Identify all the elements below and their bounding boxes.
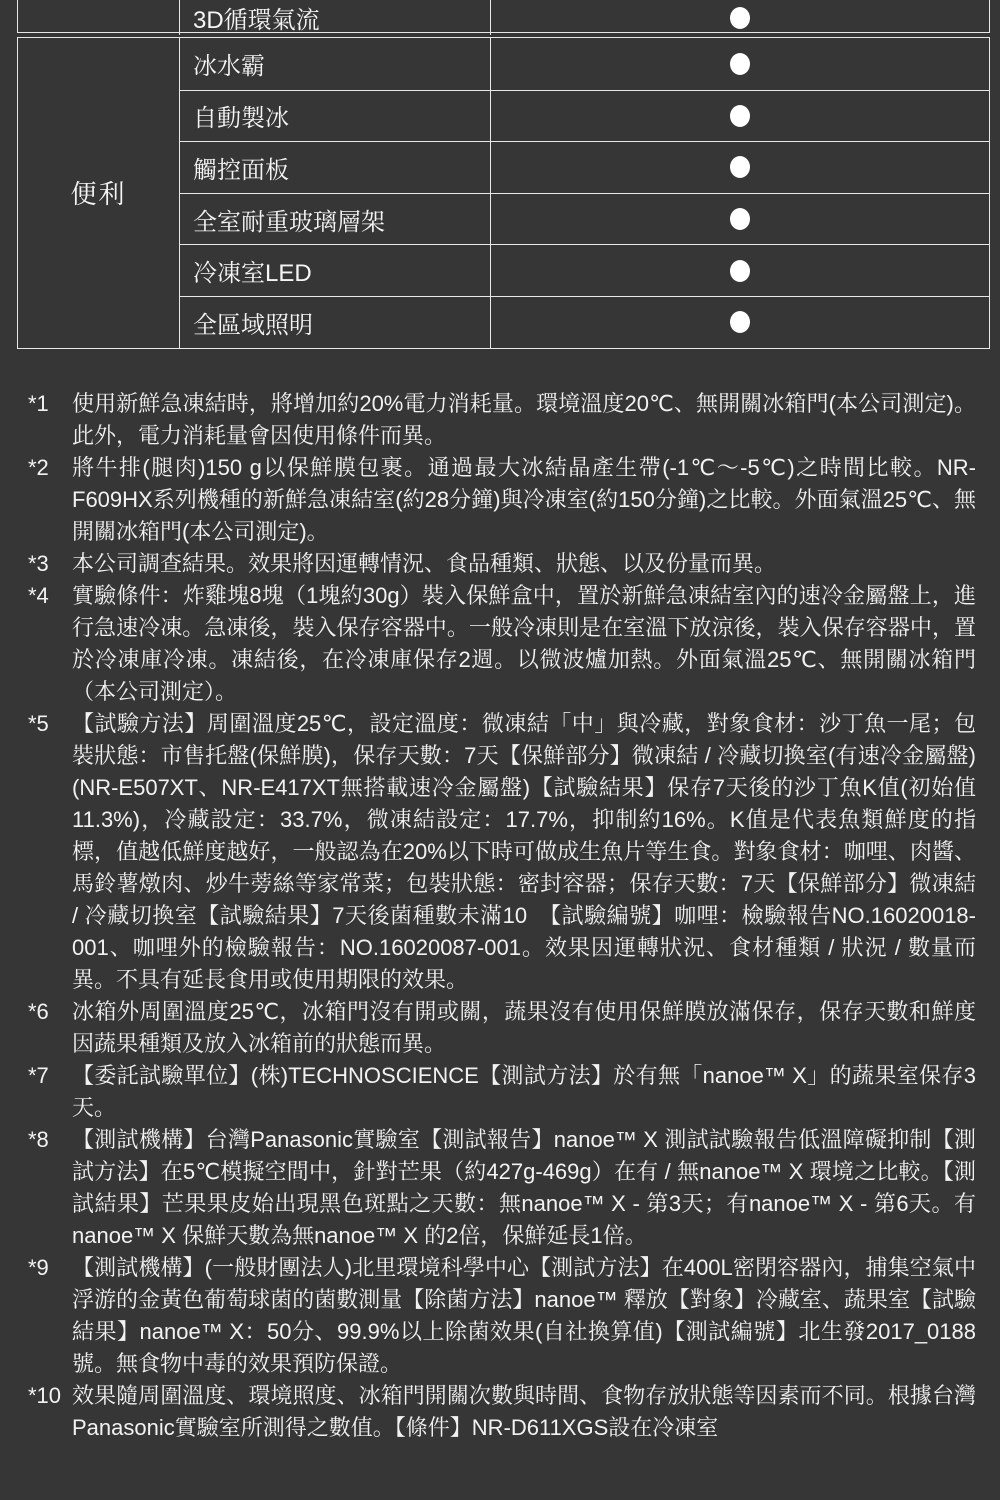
footnote-text: 【試驗方法】周圍溫度25℃，設定溫度：微凍結「中」與冷藏，對象食材：沙丁魚一尾；… (72, 708, 976, 996)
filled-dot-icon (730, 105, 750, 127)
feature-value-cell (490, 141, 989, 193)
feature-label: 自動製冰 (179, 90, 490, 142)
feature-table: 3D循環氣流 便利 冰水霸 自動製冰 觸控面板 全室耐重玻璃層架 (17, 0, 990, 349)
footnote-text: 【委託試驗單位】(株)TECHNOSCIENCE【測試方法】於有無「nanoe™… (72, 1060, 976, 1124)
footnote-item: *10 效果隨周圍溫度、環境照度、冰箱門開關次數與時間、食物存放狀態等因素而不同… (28, 1380, 976, 1444)
footnote-item: *1 使用新鮮急凍結時，將增加約20%電力消耗量。環境溫度20℃、無開關冰箱門(… (28, 388, 976, 452)
footnote-marker: *2 (28, 452, 72, 484)
footnote-marker: *7 (28, 1060, 72, 1092)
filled-dot-icon (730, 311, 750, 333)
category-label: 便利 (18, 38, 179, 348)
footnote-text: 實驗條件：炸雞塊8塊（1塊約30g）裝入保鮮盒中，置於新鮮急凍結室內的速冷金屬盤… (72, 580, 976, 708)
feature-row-partial: 3D循環氣流 (17, 0, 990, 33)
footnote-text: 使用新鮮急凍結時，將增加約20%電力消耗量。環境溫度20℃、無開關冰箱門(本公司… (72, 388, 976, 452)
footnote-text: 【測試機構】(一般財團法人)北里環境科學中心【測試方法】在400L密閉容器內，捕… (72, 1252, 976, 1380)
footnote-marker: *10 (28, 1380, 72, 1412)
feature-label: 冰水霸 (179, 38, 490, 90)
feature-label: 3D循環氣流 (179, 0, 490, 35)
feature-value-cell (490, 38, 989, 90)
footnote-text: 將牛排(腿肉)150 g以保鮮膜包裹。通過最大冰結晶產生帶(-1℃～-5℃)之時… (72, 452, 976, 548)
footnotes-list: *1 使用新鮮急凍結時，將增加約20%電力消耗量。環境溫度20℃、無開關冰箱門(… (28, 388, 976, 1444)
feature-value-cell (490, 244, 989, 296)
filled-dot-icon (730, 156, 750, 178)
footnote-item: *5 【試驗方法】周圍溫度25℃，設定溫度：微凍結「中」與冷藏，對象食材：沙丁魚… (28, 708, 976, 996)
footnote-item: *7 【委託試驗單位】(株)TECHNOSCIENCE【測試方法】於有無「nan… (28, 1060, 976, 1124)
footnote-item: *6 冰箱外周圍溫度25℃，冰箱門沒有開或關，蔬果沒有使用保鮮膜放滿保存，保存天… (28, 996, 976, 1060)
footnote-marker: *1 (28, 388, 72, 420)
footnote-marker: *3 (28, 548, 72, 580)
filled-dot-icon (730, 260, 750, 282)
category-cell-empty (18, 0, 179, 35)
filled-dot-icon (730, 53, 750, 75)
footnote-item: *3 本公司調查結果。效果將因運轉情況、食品種類、狀態、以及份量而異。 (28, 548, 976, 580)
footnote-marker: *8 (28, 1124, 72, 1156)
feature-label: 全區域照明 (179, 296, 490, 348)
feature-value-cell (490, 0, 989, 35)
filled-dot-icon (730, 208, 750, 230)
footnote-text: 效果隨周圍溫度、環境照度、冰箱門開關次數與時間、食物存放狀態等因素而不同。根據台… (72, 1380, 976, 1444)
footnote-marker: *6 (28, 996, 72, 1028)
footnote-marker: *5 (28, 708, 72, 740)
feature-value-cell (490, 90, 989, 142)
footnote-text: 【測試機構】台灣Panasonic實驗室【測試報告】nanoe™ X 測試試驗報… (72, 1124, 976, 1252)
spec-footnotes-page: 3D循環氣流 便利 冰水霸 自動製冰 觸控面板 全室耐重玻璃層架 (0, 0, 1000, 1500)
feature-label: 觸控面板 (179, 141, 490, 193)
feature-value-cell (490, 193, 989, 245)
footnote-item: *2 將牛排(腿肉)150 g以保鮮膜包裹。通過最大冰結晶產生帶(-1℃～-5℃… (28, 452, 976, 548)
convenience-section: 便利 冰水霸 自動製冰 觸控面板 全室耐重玻璃層架 冷凍室LED 全區域照明 (17, 37, 990, 349)
footnote-item: *9 【測試機構】(一般財團法人)北里環境科學中心【測試方法】在400L密閉容器… (28, 1252, 976, 1380)
feature-value-cell (490, 296, 989, 348)
feature-label: 全室耐重玻璃層架 (179, 193, 490, 245)
footnote-marker: *9 (28, 1252, 72, 1284)
filled-dot-icon (730, 7, 750, 29)
footnote-text: 本公司調查結果。效果將因運轉情況、食品種類、狀態、以及份量而異。 (72, 548, 976, 580)
footnote-item: *4 實驗條件：炸雞塊8塊（1塊約30g）裝入保鮮盒中，置於新鮮急凍結室內的速冷… (28, 580, 976, 708)
footnote-item: *8 【測試機構】台灣Panasonic實驗室【測試報告】nanoe™ X 測試… (28, 1124, 976, 1252)
footnote-marker: *4 (28, 580, 72, 612)
footnote-text: 冰箱外周圍溫度25℃，冰箱門沒有開或關，蔬果沒有使用保鮮膜放滿保存，保存天數和鮮… (72, 996, 976, 1060)
feature-label: 冷凍室LED (179, 244, 490, 296)
